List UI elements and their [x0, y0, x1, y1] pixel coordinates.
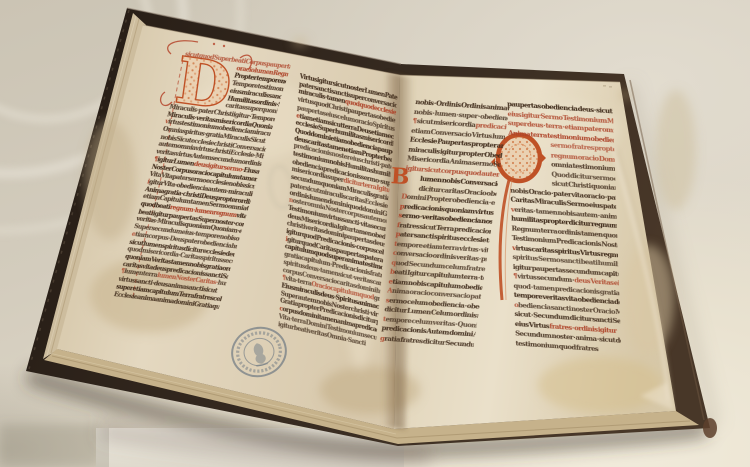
photo-open-manuscript: D B sicut quod Super beati Corpus pauper… [0, 0, 750, 467]
initial-D-letter: D [172, 44, 235, 124]
manuscript-book-graphic: D B [0, 0, 750, 467]
table-shadow [0, 424, 100, 467]
initial-Q-bowl [498, 135, 540, 181]
cover-corner-wrap [703, 418, 717, 438]
initial-B-letter: B [390, 163, 410, 190]
